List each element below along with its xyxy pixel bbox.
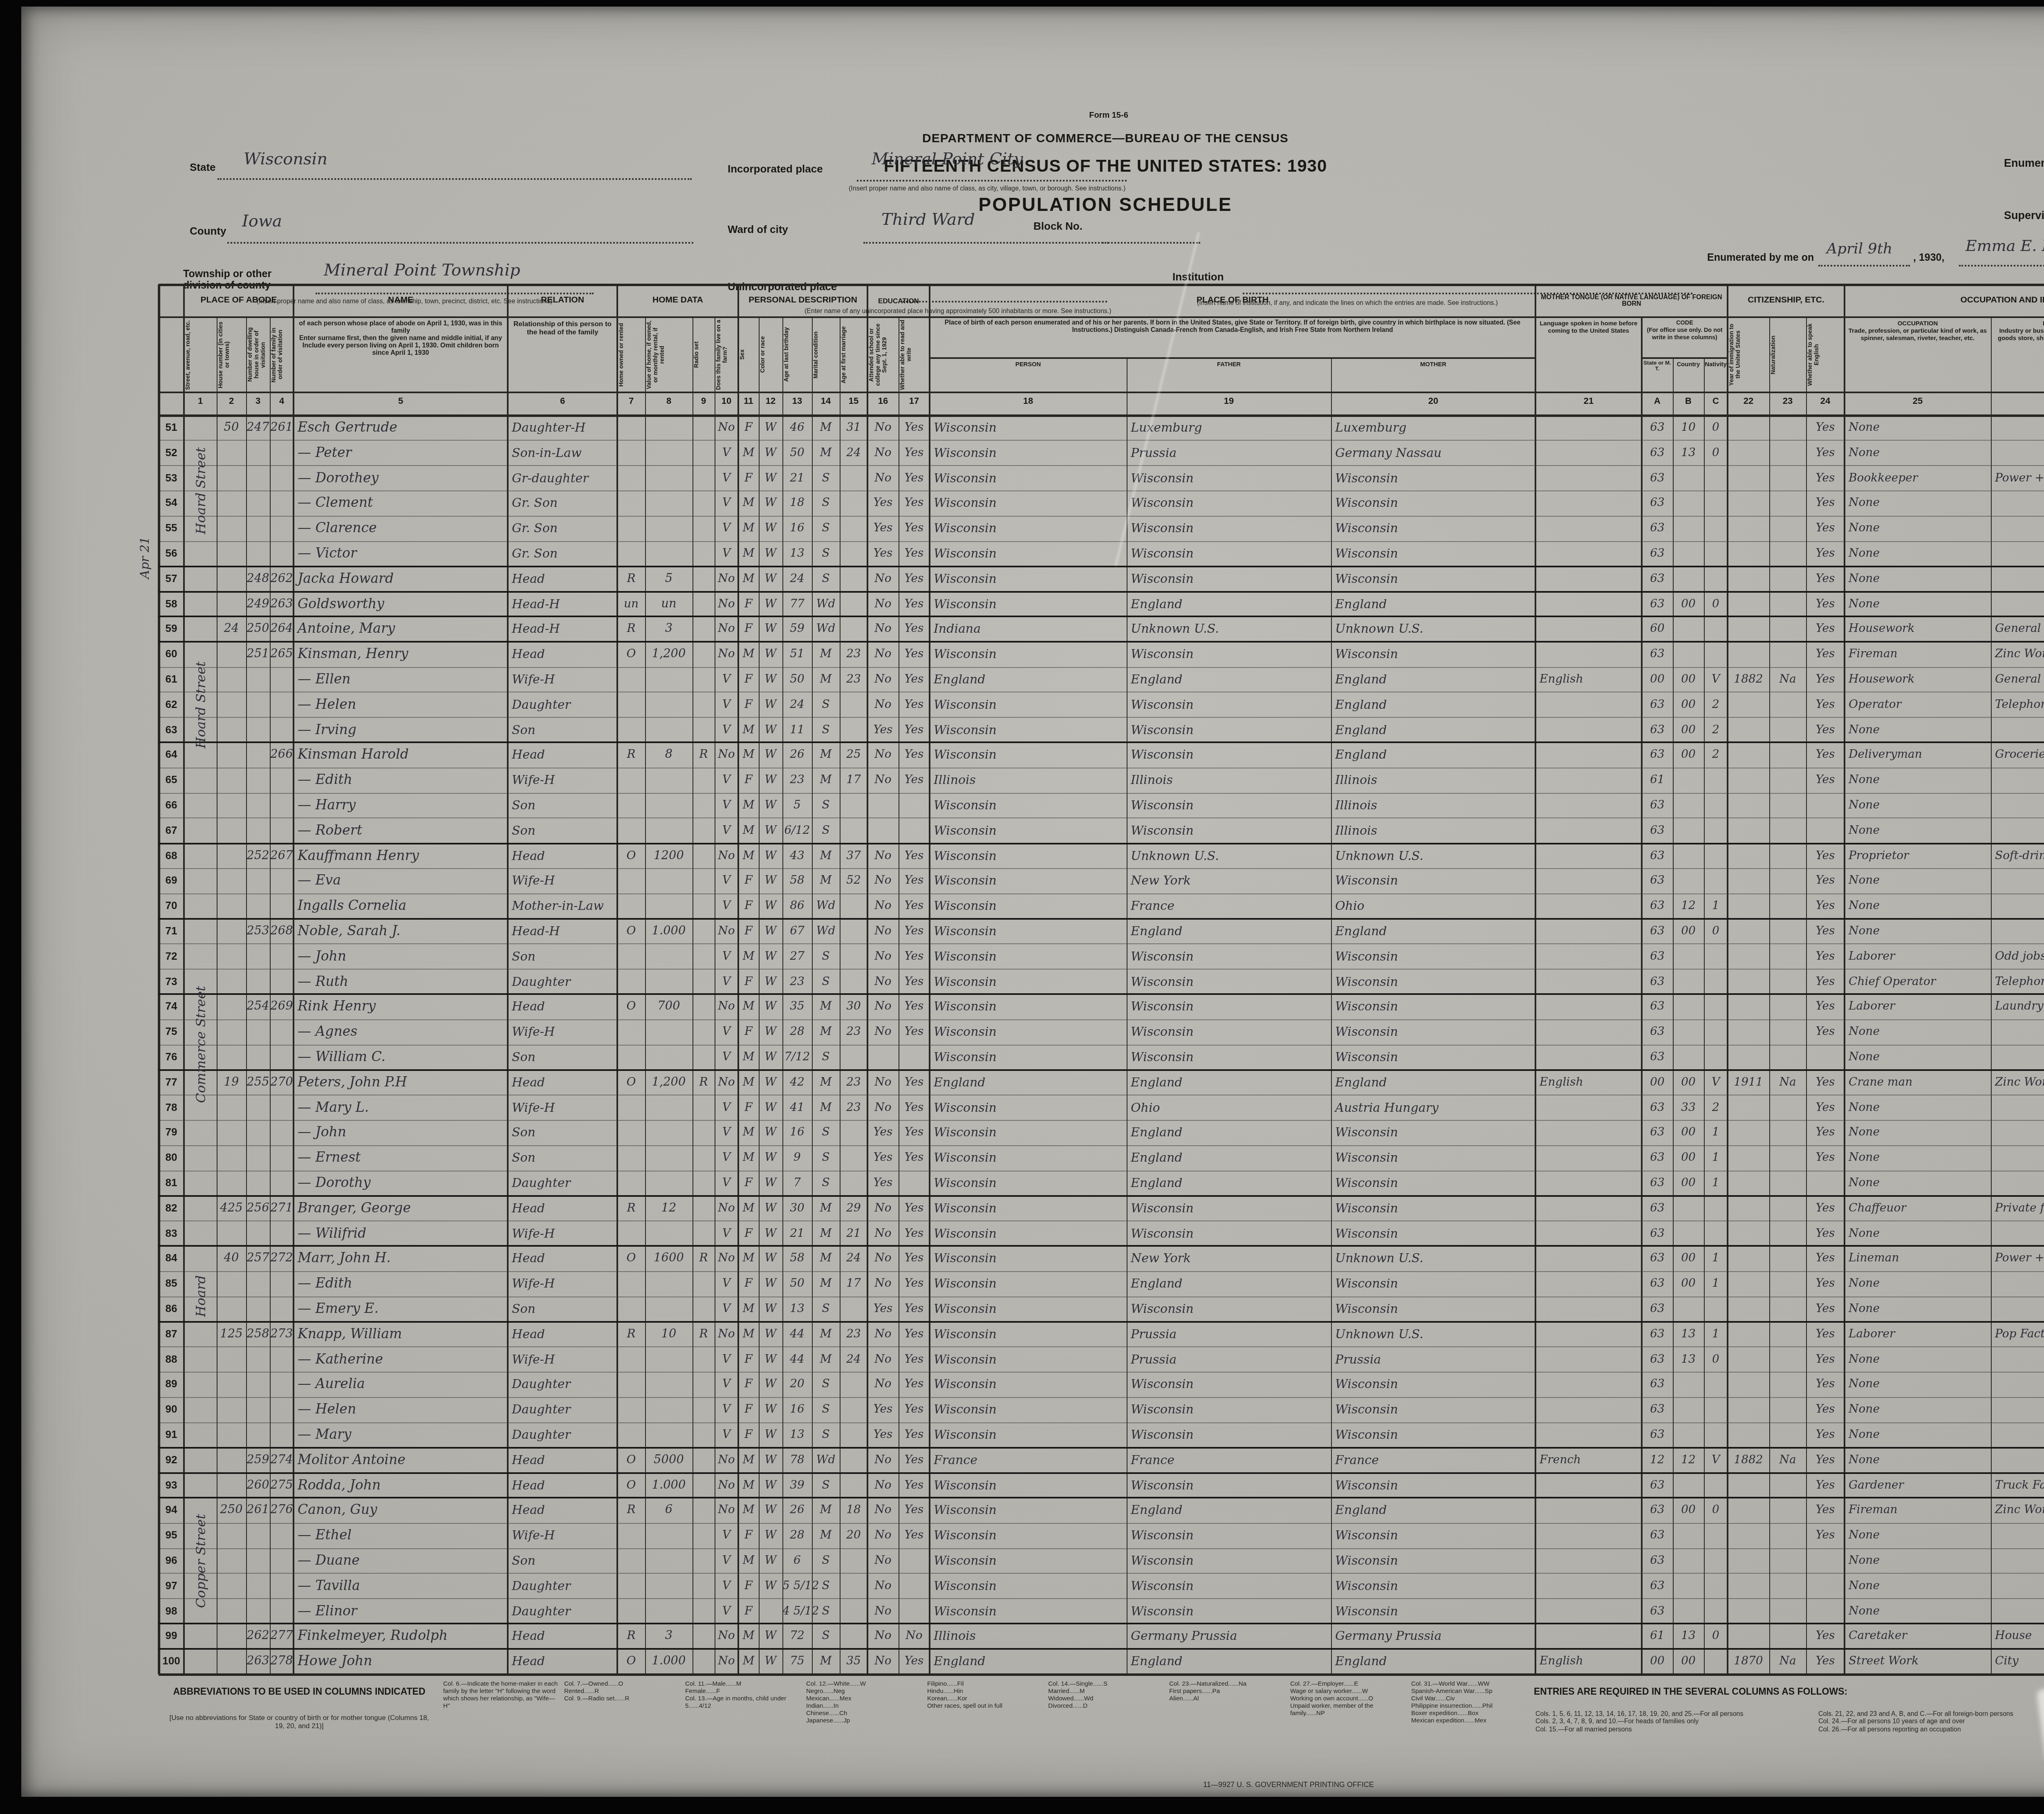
cell-r91-sx: F (738, 1422, 759, 1448)
cell-r60-rl: Head (512, 642, 617, 667)
cell-r99-sx: M (738, 1624, 759, 1649)
col-label-vl: Value of home, if owned, or monthly rent… (646, 320, 692, 390)
cell-r63-nm: — Irving (298, 717, 508, 743)
cell-r77-fm: 270 (270, 1070, 294, 1095)
cell-r52-cb: 13 (1673, 441, 1704, 466)
cell-r54-sx: M (738, 491, 759, 516)
cell-r56-rl: Gr. Son (512, 541, 617, 567)
cell-r77-cl: W (759, 1070, 782, 1095)
cell-r84-rw: Yes (899, 1246, 930, 1272)
cell-r82-am: 29 (840, 1196, 867, 1221)
cell-r66-rl: Son (512, 793, 617, 818)
cell-r51-en: Yes (1806, 415, 1845, 441)
line-number-left: 92 (159, 1448, 184, 1473)
cell-r88-rw: Yes (899, 1347, 930, 1372)
line-number-left: 99 (159, 1624, 184, 1649)
cell-r94-en: Yes (1806, 1498, 1845, 1523)
cell-r98-rl: Daughter (512, 1599, 617, 1624)
cell-r55-oc: None (1849, 516, 1991, 541)
cell-r61-cb: 00 (1673, 667, 1704, 692)
cell-r57-cl: W (759, 567, 782, 592)
cell-r77-hn: 19 (217, 1070, 246, 1095)
cell-r92-dw: 259 (246, 1448, 270, 1473)
cell-r71-vl: 1.000 (645, 919, 693, 944)
cell-r64-nm: Kinsman Harold (298, 743, 508, 768)
cell-r92-cb: 12 (1673, 1448, 1704, 1473)
cell-r100-fm: 278 (270, 1649, 294, 1674)
cell-r88-pm: Prussia (1335, 1347, 1535, 1372)
census-table: PLACE OF ABODENAMEof each person whose p… (21, 7, 2044, 1797)
cell-r64-pp: Wisconsin (934, 743, 1127, 768)
group-desc: Place of birth of each person enumerated… (931, 319, 1534, 356)
cell-r57-vl: 5 (645, 567, 693, 592)
cell-r84-cl: W (759, 1246, 782, 1272)
cell-r53-cl: W (759, 466, 782, 491)
cell-r69-sc: No (867, 869, 899, 894)
line-number-left: 74 (159, 994, 184, 1020)
footer-abbrev-block: Filipino......Fil Hindu......Hin Korean.… (927, 1681, 1043, 1779)
cell-r71-en: Yes (1806, 919, 1845, 944)
cell-r87-vl: 10 (645, 1322, 693, 1347)
cell-r73-ms: S (812, 969, 840, 994)
cell-r83-pp: Wisconsin (934, 1221, 1127, 1246)
cell-r69-ms: M (812, 869, 840, 894)
cell-r99-rw: No (899, 1624, 930, 1649)
cell-r93-en: Yes (1806, 1473, 1845, 1498)
cell-r100-cl: W (759, 1649, 782, 1674)
cell-r61-lg: English (1540, 667, 1642, 692)
cell-r91-ag: 13 (782, 1422, 812, 1448)
cell-r85-cb: 00 (1673, 1271, 1704, 1297)
cell-r77-pm: England (1335, 1070, 1535, 1095)
cell-r83-ca: 63 (1642, 1221, 1673, 1246)
cell-r84-ra: R (693, 1246, 715, 1272)
cell-r71-pp: Wisconsin (934, 919, 1127, 944)
cell-r58-dw: 249 (246, 591, 270, 617)
cell-r56-pm: Wisconsin (1335, 541, 1535, 567)
cell-r75-pm: Wisconsin (1335, 1019, 1535, 1045)
cell-r54-sc: Yes (867, 491, 899, 516)
line-number-left: 96 (159, 1548, 184, 1574)
cell-r91-oc: None (1849, 1422, 1991, 1448)
col-label-st: Street, avenue, road, etc. (185, 320, 216, 390)
cell-r94-cb: 00 (1673, 1498, 1704, 1523)
cell-r78-ms: M (812, 1095, 840, 1120)
cell-r80-cc: 1 (1704, 1145, 1728, 1171)
cell-r52-ms: M (812, 441, 840, 466)
cell-r92-ms: Wd (812, 1448, 840, 1473)
cell-r51-fa: No (715, 415, 738, 441)
cell-r95-rw: Yes (899, 1523, 930, 1548)
cell-r51-sx: F (738, 415, 759, 441)
group-title-citizenship-etc-: CITIZENSHIP, ETC. (1728, 285, 1845, 316)
cell-r100-ag: 75 (782, 1649, 812, 1674)
cell-r62-cc: 2 (1704, 692, 1728, 718)
footer-abbrev-block: Col. 7.—Owned......O Rented......R Col. … (564, 1681, 680, 1779)
group-title-place-of-birth: PLACE OF BIRTH (930, 285, 1535, 316)
line-number-left: 55 (159, 516, 184, 541)
cell-r59-dw: 250 (246, 617, 270, 642)
cell-r94-cl: W (759, 1498, 782, 1523)
cell-r54-ca: 63 (1642, 491, 1673, 516)
cell-r61-ca: 00 (1642, 667, 1673, 692)
cell-r72-pf: Wisconsin (1131, 944, 1331, 970)
cell-r78-en: Yes (1806, 1095, 1845, 1120)
cell-r65-ms: M (812, 768, 840, 793)
cell-r72-pm: Wisconsin (1335, 944, 1535, 970)
cell-r87-nm: Knapp, William (298, 1322, 508, 1347)
cell-r60-sc: No (867, 642, 899, 667)
cell-r54-cl: W (759, 491, 782, 516)
cell-r81-sx: F (738, 1171, 759, 1196)
cell-r77-lg: English (1540, 1070, 1642, 1095)
cell-r92-rw: Yes (899, 1448, 930, 1473)
cell-r77-dw: 255 (246, 1070, 270, 1095)
cell-r69-cl: W (759, 869, 782, 894)
cell-r81-pp: Wisconsin (934, 1171, 1127, 1196)
cell-r75-sc: No (867, 1019, 899, 1045)
cell-r84-hn: 40 (217, 1246, 246, 1272)
cell-r83-nm: — Wilifrid (298, 1221, 508, 1246)
cell-r61-pm: England (1335, 667, 1535, 692)
cell-r85-sx: F (738, 1271, 759, 1297)
cell-r73-cl: W (759, 969, 782, 994)
cell-r73-oc: Chief Operator (1849, 969, 1991, 994)
col-number-17: 17 (899, 396, 930, 414)
cell-r61-iy: General (1995, 667, 2044, 692)
cell-r98-pf: Wisconsin (1131, 1599, 1331, 1624)
cell-r64-cc: 2 (1704, 743, 1728, 768)
cell-r55-sc: Yes (867, 516, 899, 541)
cell-r76-rl: Son (512, 1045, 617, 1070)
cell-r56-ag: 13 (782, 541, 812, 567)
paper-sheet: Form 15-6 DEPARTMENT OF COMMERCE—BUREAU … (21, 7, 2044, 1797)
cell-r62-rl: Daughter (512, 692, 617, 718)
line-number-left: 79 (159, 1120, 184, 1146)
cell-r72-en: Yes (1806, 944, 1845, 970)
cell-r94-pf: England (1131, 1498, 1331, 1523)
cell-r68-dw: 252 (246, 843, 270, 869)
line-number-left: 63 (159, 717, 184, 743)
street-name: Hoard Street (184, 567, 217, 844)
cell-r96-nm: — Duane (298, 1548, 508, 1574)
cell-r55-pm: Wisconsin (1335, 516, 1535, 541)
cell-r60-ca: 63 (1642, 642, 1673, 667)
cell-r62-cl: W (759, 692, 782, 718)
cell-r74-ms: M (812, 994, 840, 1020)
cell-r60-vl: 1,200 (645, 642, 693, 667)
cell-r82-ag: 30 (782, 1196, 812, 1221)
cell-r100-im: 1870 (1728, 1649, 1769, 1674)
line-number-left: 54 (159, 491, 184, 516)
cell-r52-ca: 63 (1642, 441, 1673, 466)
cell-r91-fa: V (715, 1422, 738, 1448)
cell-r62-ag: 24 (782, 692, 812, 718)
cell-r87-pm: Unknown U.S. (1335, 1322, 1535, 1347)
col-label-cl: Color or race (760, 320, 782, 390)
col-label-dw: Number of dwelling house in order of vis… (247, 320, 269, 390)
cell-r82-cl: W (759, 1196, 782, 1221)
cell-r92-vl: 5000 (645, 1448, 693, 1473)
cell-r77-nm: Peters, John P.H (298, 1070, 508, 1095)
cell-r70-en: Yes (1806, 894, 1845, 919)
cell-r70-cl: W (759, 894, 782, 919)
line-number-left: 98 (159, 1599, 184, 1624)
cell-r71-cb: 00 (1673, 919, 1704, 944)
cell-r74-vl: 700 (645, 994, 693, 1020)
cell-r90-rw: Yes (899, 1397, 930, 1422)
cell-r91-pp: Wisconsin (934, 1422, 1127, 1448)
line-number-left: 51 (159, 415, 184, 441)
col-label-iy: INDUSTRY Industry or business, as cotton… (1992, 320, 2044, 390)
cell-r71-cl: W (759, 919, 782, 944)
footer-abbrev-block: Col. 11.—Male......M Female......F Col. … (685, 1681, 801, 1779)
cell-r57-ms: S (812, 567, 840, 592)
cell-r96-pp: Wisconsin (934, 1548, 1127, 1574)
cell-r59-ag: 59 (782, 617, 812, 642)
cell-r86-cl: W (759, 1297, 782, 1322)
cell-r87-ag: 44 (782, 1322, 812, 1347)
scanned-census-sheet: Form 15-6 DEPARTMENT OF COMMERCE—BUREAU … (0, 0, 2044, 1814)
cell-r72-rl: Son (512, 944, 617, 970)
cell-r92-lg: French (1540, 1448, 1642, 1473)
cell-r97-cl: W (759, 1574, 782, 1599)
cell-r57-tn: R (617, 567, 645, 592)
cell-r58-nm: Goldsworthy (298, 591, 508, 617)
cell-r98-fa: V (715, 1599, 738, 1624)
cell-r78-pp: Wisconsin (934, 1095, 1127, 1120)
cell-r64-pf: Wisconsin (1131, 743, 1331, 768)
cell-r85-pp: Wisconsin (934, 1271, 1127, 1297)
line-number-left: 90 (159, 1397, 184, 1422)
cell-r88-pf: Prussia (1131, 1347, 1331, 1372)
cell-r78-sc: No (867, 1095, 899, 1120)
cell-r70-pp: Wisconsin (934, 894, 1127, 919)
cell-r59-en: Yes (1806, 617, 1845, 642)
cell-r100-dw: 263 (246, 1649, 270, 1674)
cell-r95-pf: Wisconsin (1131, 1523, 1331, 1548)
cell-r72-ag: 27 (782, 944, 812, 970)
cell-r79-en: Yes (1806, 1120, 1845, 1146)
cell-r60-ms: M (812, 642, 840, 667)
footer-abbrev-block: Col. 23.—Naturalized......Na First paper… (1169, 1681, 1285, 1779)
cell-r83-oc: None (1849, 1221, 1991, 1246)
cell-r63-pm: England (1335, 717, 1535, 743)
line-number-left: 75 (159, 1019, 184, 1045)
cell-r72-iy: Odd jobs (1995, 944, 2044, 970)
cell-r66-fa: V (715, 793, 738, 818)
cell-r73-pf: Wisconsin (1131, 969, 1331, 994)
cell-r64-sx: M (738, 743, 759, 768)
cell-r88-fa: V (715, 1347, 738, 1372)
cell-r91-cl: W (759, 1422, 782, 1448)
cell-r75-am: 23 (840, 1019, 867, 1045)
cell-r80-cl: W (759, 1145, 782, 1171)
cell-r97-ca: 63 (1642, 1574, 1673, 1599)
cell-r81-nm: — Dorothy (298, 1171, 508, 1196)
cell-r60-rw: Yes (899, 642, 930, 667)
cell-r54-pm: Wisconsin (1335, 491, 1535, 516)
cell-r52-nm: — Peter (298, 441, 508, 466)
cell-r65-pp: Illinois (934, 768, 1127, 793)
cell-r73-pm: Wisconsin (1335, 969, 1535, 994)
cell-r87-fa: No (715, 1322, 738, 1347)
cell-r56-en: Yes (1806, 541, 1845, 567)
cell-r100-am: 35 (840, 1649, 867, 1674)
cell-r78-pf: Ohio (1131, 1095, 1331, 1120)
cell-r84-sc: No (867, 1246, 899, 1272)
cell-r78-cb: 33 (1673, 1095, 1704, 1120)
cell-r72-ms: S (812, 944, 840, 970)
cell-r99-ca: 61 (1642, 1624, 1673, 1649)
cell-r74-iy: Laundry (1995, 994, 2044, 1020)
cell-r85-sc: No (867, 1271, 899, 1297)
cell-r60-fa: No (715, 642, 738, 667)
cell-r93-fm: 275 (270, 1473, 294, 1498)
cell-r53-rl: Gr-daughter (512, 466, 617, 491)
cell-r99-en: Yes (1806, 1624, 1845, 1649)
cell-r84-rl: Head (512, 1246, 617, 1272)
cell-r57-sx: M (738, 567, 759, 592)
cell-r82-en: Yes (1806, 1196, 1845, 1221)
cell-r62-nm: — Helen (298, 692, 508, 718)
cell-r76-nm: — William C. (298, 1045, 508, 1070)
cell-r74-oc: Laborer (1849, 994, 1991, 1020)
cell-r69-pf: New York (1131, 869, 1331, 894)
cell-r53-ca: 63 (1642, 466, 1673, 491)
cell-r95-rl: Wife-H (512, 1523, 617, 1548)
cell-r60-pf: Wisconsin (1131, 642, 1331, 667)
cell-r80-nm: — Ernest (298, 1145, 508, 1171)
cell-r95-sc: No (867, 1523, 899, 1548)
cell-r66-ca: 63 (1642, 793, 1673, 818)
cell-r95-sx: F (738, 1523, 759, 1548)
cell-r87-sx: M (738, 1322, 759, 1347)
cell-r94-ca: 63 (1642, 1498, 1673, 1523)
cell-r73-sc: No (867, 969, 899, 994)
cell-r92-ag: 78 (782, 1448, 812, 1473)
cell-r94-dw: 261 (246, 1498, 270, 1523)
cell-r61-ag: 50 (782, 667, 812, 692)
cell-r53-fa: V (715, 466, 738, 491)
cell-r61-cl: W (759, 667, 782, 692)
cell-r66-ms: S (812, 793, 840, 818)
cell-r79-cb: 00 (1673, 1120, 1704, 1146)
cell-r90-cl: W (759, 1397, 782, 1422)
line-number-left: 64 (159, 743, 184, 768)
cell-r77-en: Yes (1806, 1070, 1845, 1095)
cell-r55-fa: V (715, 516, 738, 541)
cell-r91-pm: Wisconsin (1335, 1422, 1535, 1448)
cell-r77-na: Na (1769, 1070, 1806, 1095)
cell-r67-ms: S (812, 818, 840, 844)
cell-r76-pf: Wisconsin (1131, 1045, 1331, 1070)
cell-r84-ca: 63 (1642, 1246, 1673, 1272)
cell-r51-pf: Luxemburg (1131, 415, 1331, 441)
cell-r57-fm: 262 (270, 567, 294, 592)
cell-r65-fa: V (715, 768, 738, 793)
cell-r73-sx: F (738, 969, 759, 994)
cell-r69-ag: 58 (782, 869, 812, 894)
cell-r61-pf: England (1131, 667, 1331, 692)
cell-r89-pp: Wisconsin (934, 1372, 1127, 1397)
cell-r59-tn: R (617, 617, 645, 642)
col-label-hn: House number (in cities or towns) (217, 320, 245, 390)
cell-r77-sc: No (867, 1070, 899, 1095)
cell-r57-ag: 24 (782, 567, 812, 592)
line-number-left: 88 (159, 1347, 184, 1372)
cell-r91-ca: 63 (1642, 1422, 1673, 1448)
cell-r59-rw: Yes (899, 617, 930, 642)
cell-r99-dw: 262 (246, 1624, 270, 1649)
street-name-text: Copper Street (193, 1514, 208, 1608)
cell-r70-cc: 1 (1704, 894, 1728, 919)
cell-r83-ag: 21 (782, 1221, 812, 1246)
cell-r93-pp: Wisconsin (934, 1473, 1127, 1498)
cell-r88-sx: F (738, 1347, 759, 1372)
col-number-C: C (1704, 396, 1728, 414)
cell-r65-ag: 23 (782, 768, 812, 793)
cell-r94-pp: Wisconsin (934, 1498, 1127, 1523)
cell-r59-pp: Indiana (934, 617, 1127, 642)
cell-r60-pp: Wisconsin (934, 642, 1127, 667)
cell-r96-sx: M (738, 1548, 759, 1574)
cell-r93-ms: S (812, 1473, 840, 1498)
cell-r54-ms: S (812, 491, 840, 516)
cell-r61-na: Na (1769, 667, 1806, 692)
cell-r85-cc: 1 (1704, 1271, 1728, 1297)
cell-r58-fm: 263 (270, 591, 294, 617)
cell-r59-sx: F (738, 617, 759, 642)
grid-vline (1703, 358, 1704, 1674)
cell-r100-oc: Street Work (1849, 1649, 1991, 1674)
cell-r55-ag: 16 (782, 516, 812, 541)
street-name: Hoard (184, 1246, 217, 1347)
cell-r60-iy: Zinc Works (1995, 642, 2044, 667)
cell-r70-pm: Ohio (1335, 894, 1535, 919)
cell-r63-en: Yes (1806, 717, 1845, 743)
cell-r77-im: 1911 (1728, 1070, 1769, 1095)
cell-r64-cl: W (759, 743, 782, 768)
line-number-left: 84 (159, 1246, 184, 1272)
cell-r69-oc: None (1849, 869, 1991, 894)
cell-r84-pm: Unknown U.S. (1335, 1246, 1535, 1272)
scan-base: Form 15-6 DEPARTMENT OF COMMERCE—BUREAU … (0, 0, 2044, 1814)
cell-r83-fa: V (715, 1221, 738, 1246)
cell-r58-pp: Wisconsin (934, 591, 1127, 617)
col-sublabel-ca: State or M. T. (1643, 361, 1672, 392)
cell-r60-sx: M (738, 642, 759, 667)
cell-r90-ms: S (812, 1397, 840, 1422)
cell-r66-sx: M (738, 793, 759, 818)
cell-r60-am: 23 (840, 642, 867, 667)
cell-r78-fa: V (715, 1095, 738, 1120)
cell-r64-sc: No (867, 743, 899, 768)
cell-r76-sx: M (738, 1045, 759, 1070)
cell-r81-fa: V (715, 1171, 738, 1196)
cell-r72-ca: 63 (1642, 944, 1673, 970)
cell-r81-ca: 63 (1642, 1171, 1673, 1196)
cell-r56-rw: Yes (899, 541, 930, 567)
cell-r71-sx: F (738, 919, 759, 944)
cell-r82-tn: R (617, 1196, 645, 1221)
cell-r76-pp: Wisconsin (934, 1045, 1127, 1070)
cell-r77-pp: England (934, 1070, 1127, 1095)
cell-r64-fm: 266 (270, 743, 294, 768)
cell-r85-nm: — Edith (298, 1271, 508, 1297)
cell-r73-ag: 23 (782, 969, 812, 994)
cell-r99-pf: Germany Prussia (1131, 1624, 1331, 1649)
